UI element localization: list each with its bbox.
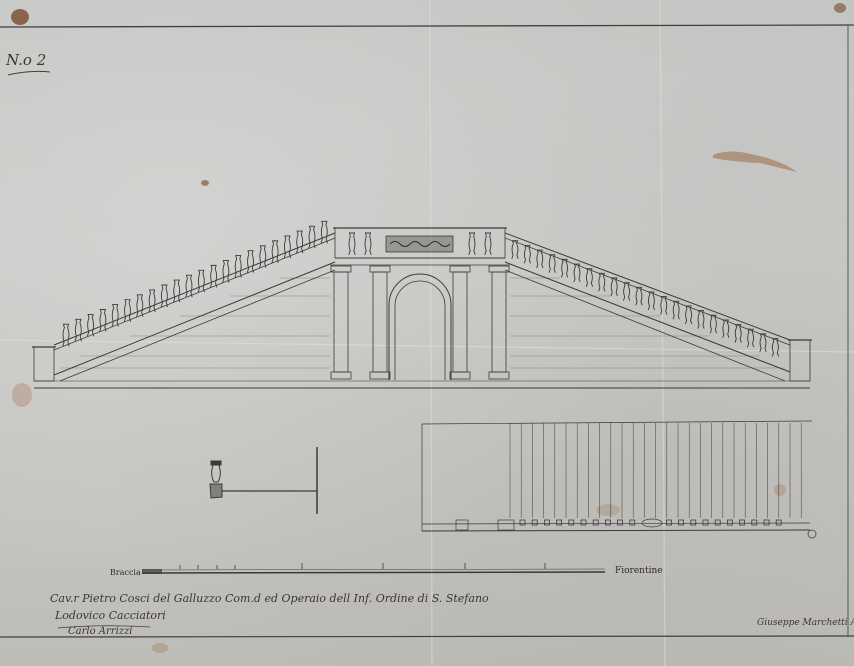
staircase-elevation	[32, 228, 812, 388]
drawing-sheet: N.o 2	[0, 0, 854, 666]
architect-signature: Giuseppe Marchetti Arch.	[757, 618, 854, 628]
staircase-plan	[422, 421, 816, 538]
scale-bar: Braccia Fiorentine	[110, 563, 663, 577]
svg-text:Braccia: Braccia	[110, 568, 141, 577]
sheet-frame	[0, 25, 854, 637]
paper-folds	[0, 0, 854, 666]
svg-text:Carlo Arrizzi: Carlo Arrizzi	[68, 626, 133, 637]
svg-text:N.o 2: N.o 2	[5, 51, 46, 69]
paper-stains	[11, 3, 846, 653]
svg-text:Cav.r Pietro Cosci del Galluzz: Cav.r Pietro Cosci del Galluzzo Com.d ed…	[50, 592, 489, 605]
architectural-drawing: N.o 2	[0, 0, 854, 666]
svg-text:Giuseppe Marchetti Arch.: Giuseppe Marchetti Arch.	[757, 618, 854, 628]
section-detail	[210, 447, 317, 514]
svg-text:Lodovico Cacciatori: Lodovico Cacciatori	[54, 609, 166, 622]
columns	[331, 266, 509, 379]
inscription: Cav.r Pietro Cosci del Galluzzo Com.d ed…	[50, 592, 489, 637]
svg-text:Fiorentine: Fiorentine	[615, 566, 663, 576]
sheet-number: N.o 2	[5, 51, 50, 75]
